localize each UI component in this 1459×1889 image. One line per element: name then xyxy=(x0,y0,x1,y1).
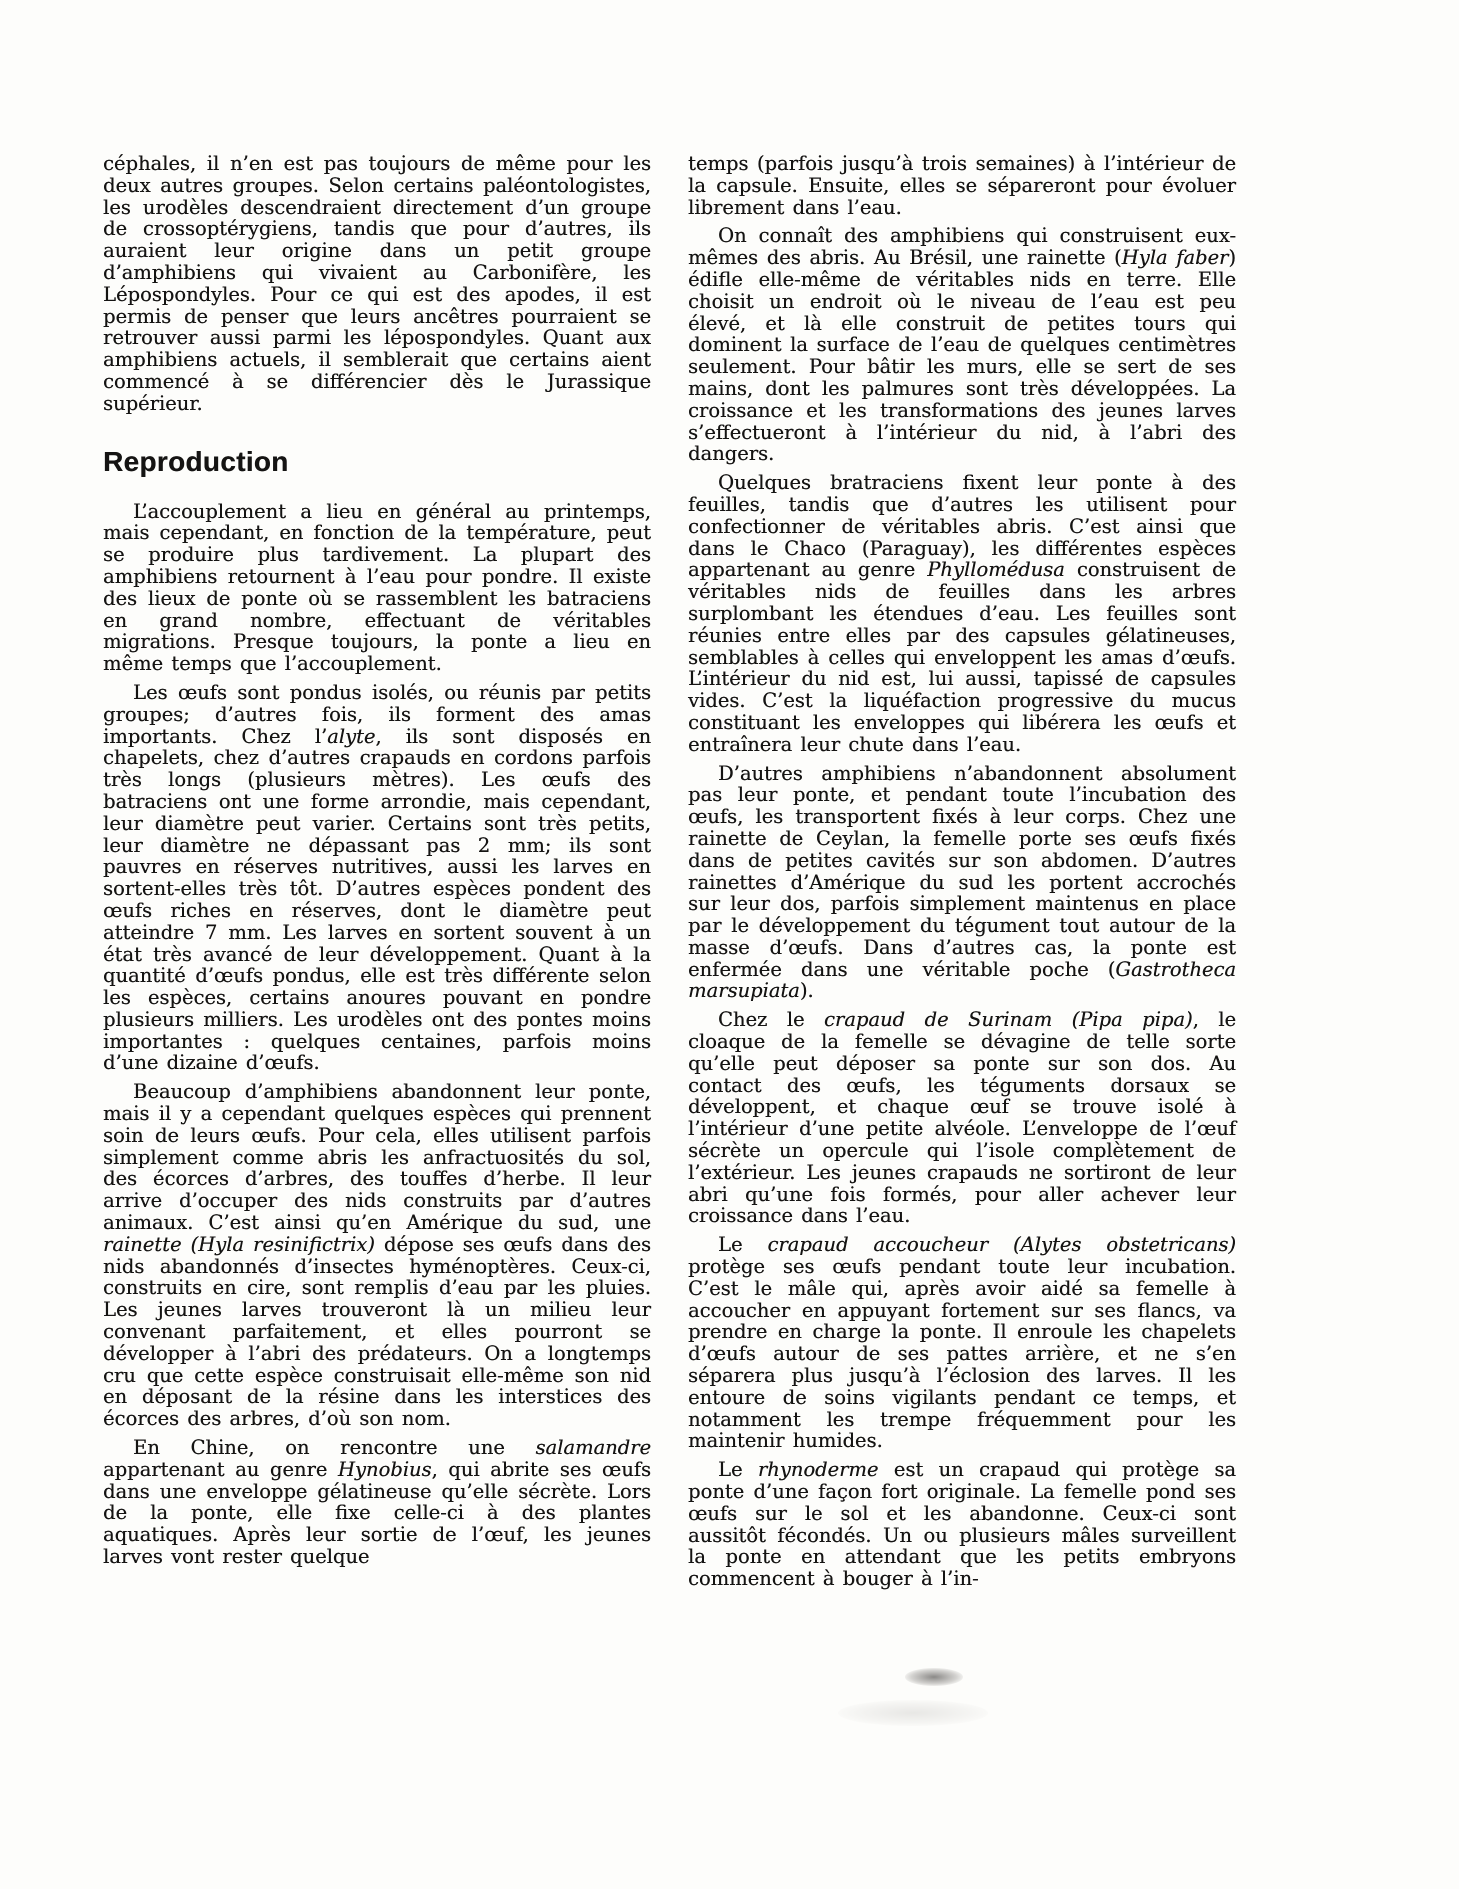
text-run: Le xyxy=(718,1458,758,1481)
text-run: appartenant au genre xyxy=(103,1458,338,1481)
italic-text-run: salamandre xyxy=(535,1436,651,1459)
paragraph: Le rhynoderme est un crapaud qui protège… xyxy=(688,1459,1236,1590)
italic-text-run: rainette (Hyla resinifictrix) xyxy=(103,1233,375,1256)
paragraph: temps (parfois jusqu’à trois semaines) à… xyxy=(688,153,1236,218)
ink-smudge-faint xyxy=(838,1700,988,1726)
paragraph: En Chine, on rencontre une salamandre ap… xyxy=(103,1437,651,1568)
right-column: temps (parfois jusqu’à trois semaines) à… xyxy=(688,153,1236,1597)
book-page: céphales, il n’en est pas toujours de mê… xyxy=(0,0,1459,1889)
italic-text-run: rhynoderme xyxy=(758,1458,879,1481)
italic-text-run: Hynobius xyxy=(338,1458,432,1481)
paragraph: Beaucoup d’amphibiens abandonnent leur p… xyxy=(103,1081,651,1430)
text-run: D’autres amphibiens n’abandonnent absolu… xyxy=(688,762,1236,981)
italic-text-run: crapaud de Surinam (Pipa pipa) xyxy=(824,1008,1193,1031)
paragraph: On connaît des amphibiens qui construise… xyxy=(688,225,1236,465)
text-run: dépose ses œufs dans des nids abandonnés… xyxy=(103,1233,651,1430)
text-run: En Chine, on rencontre une xyxy=(133,1436,535,1459)
text-run: Beaucoup d’amphibiens abandonnent leur p… xyxy=(103,1080,651,1234)
paragraph: céphales, il n’en est pas toujours de mê… xyxy=(103,153,651,415)
italic-text-run: crapaud accoucheur (Alytes obstetricans) xyxy=(767,1233,1236,1256)
italic-text-run: alyte xyxy=(327,725,375,748)
text-run: temps (parfois jusqu’à trois semaines) à… xyxy=(688,152,1236,219)
text-run: , le cloaque de la femelle se dévagine d… xyxy=(688,1008,1236,1227)
text-run: L’accouplement a lieu en général au prin… xyxy=(103,500,651,676)
section-heading: Reproduction xyxy=(103,447,651,477)
paragraph: Les œufs sont pondus isolés, ou réunis p… xyxy=(103,682,651,1074)
paragraph: Quelques bratraciens fixent leur ponte à… xyxy=(688,472,1236,755)
left-column: céphales, il n’en est pas toujours de mê… xyxy=(103,153,651,1575)
text-run: Le xyxy=(718,1233,767,1256)
text-run: céphales, il n’en est pas toujours de mê… xyxy=(103,152,651,415)
text-run: construisent de véritables nids de feuil… xyxy=(688,558,1236,755)
text-run: , ils sont disposés en chapelets, chez d… xyxy=(103,725,651,1075)
paragraph: D’autres amphibiens n’abandonnent absolu… xyxy=(688,763,1236,1003)
ink-smudge xyxy=(905,1668,963,1686)
paragraph: Chez le crapaud de Surinam (Pipa pipa), … xyxy=(688,1009,1236,1227)
text-run: ). xyxy=(800,979,814,1002)
text-run: protège ses œufs pendant toute leur incu… xyxy=(688,1255,1236,1452)
text-run: Chez le xyxy=(718,1008,824,1031)
text-run: ) édifle elle-même de véritables nids en… xyxy=(688,246,1236,465)
italic-text-run: Hyla faber xyxy=(1122,246,1229,269)
paragraph: L’accouplement a lieu en général au prin… xyxy=(103,501,651,675)
paragraph: Le crapaud accoucheur (Alytes obstetrica… xyxy=(688,1234,1236,1452)
italic-text-run: Phyllomédusa xyxy=(927,558,1065,581)
